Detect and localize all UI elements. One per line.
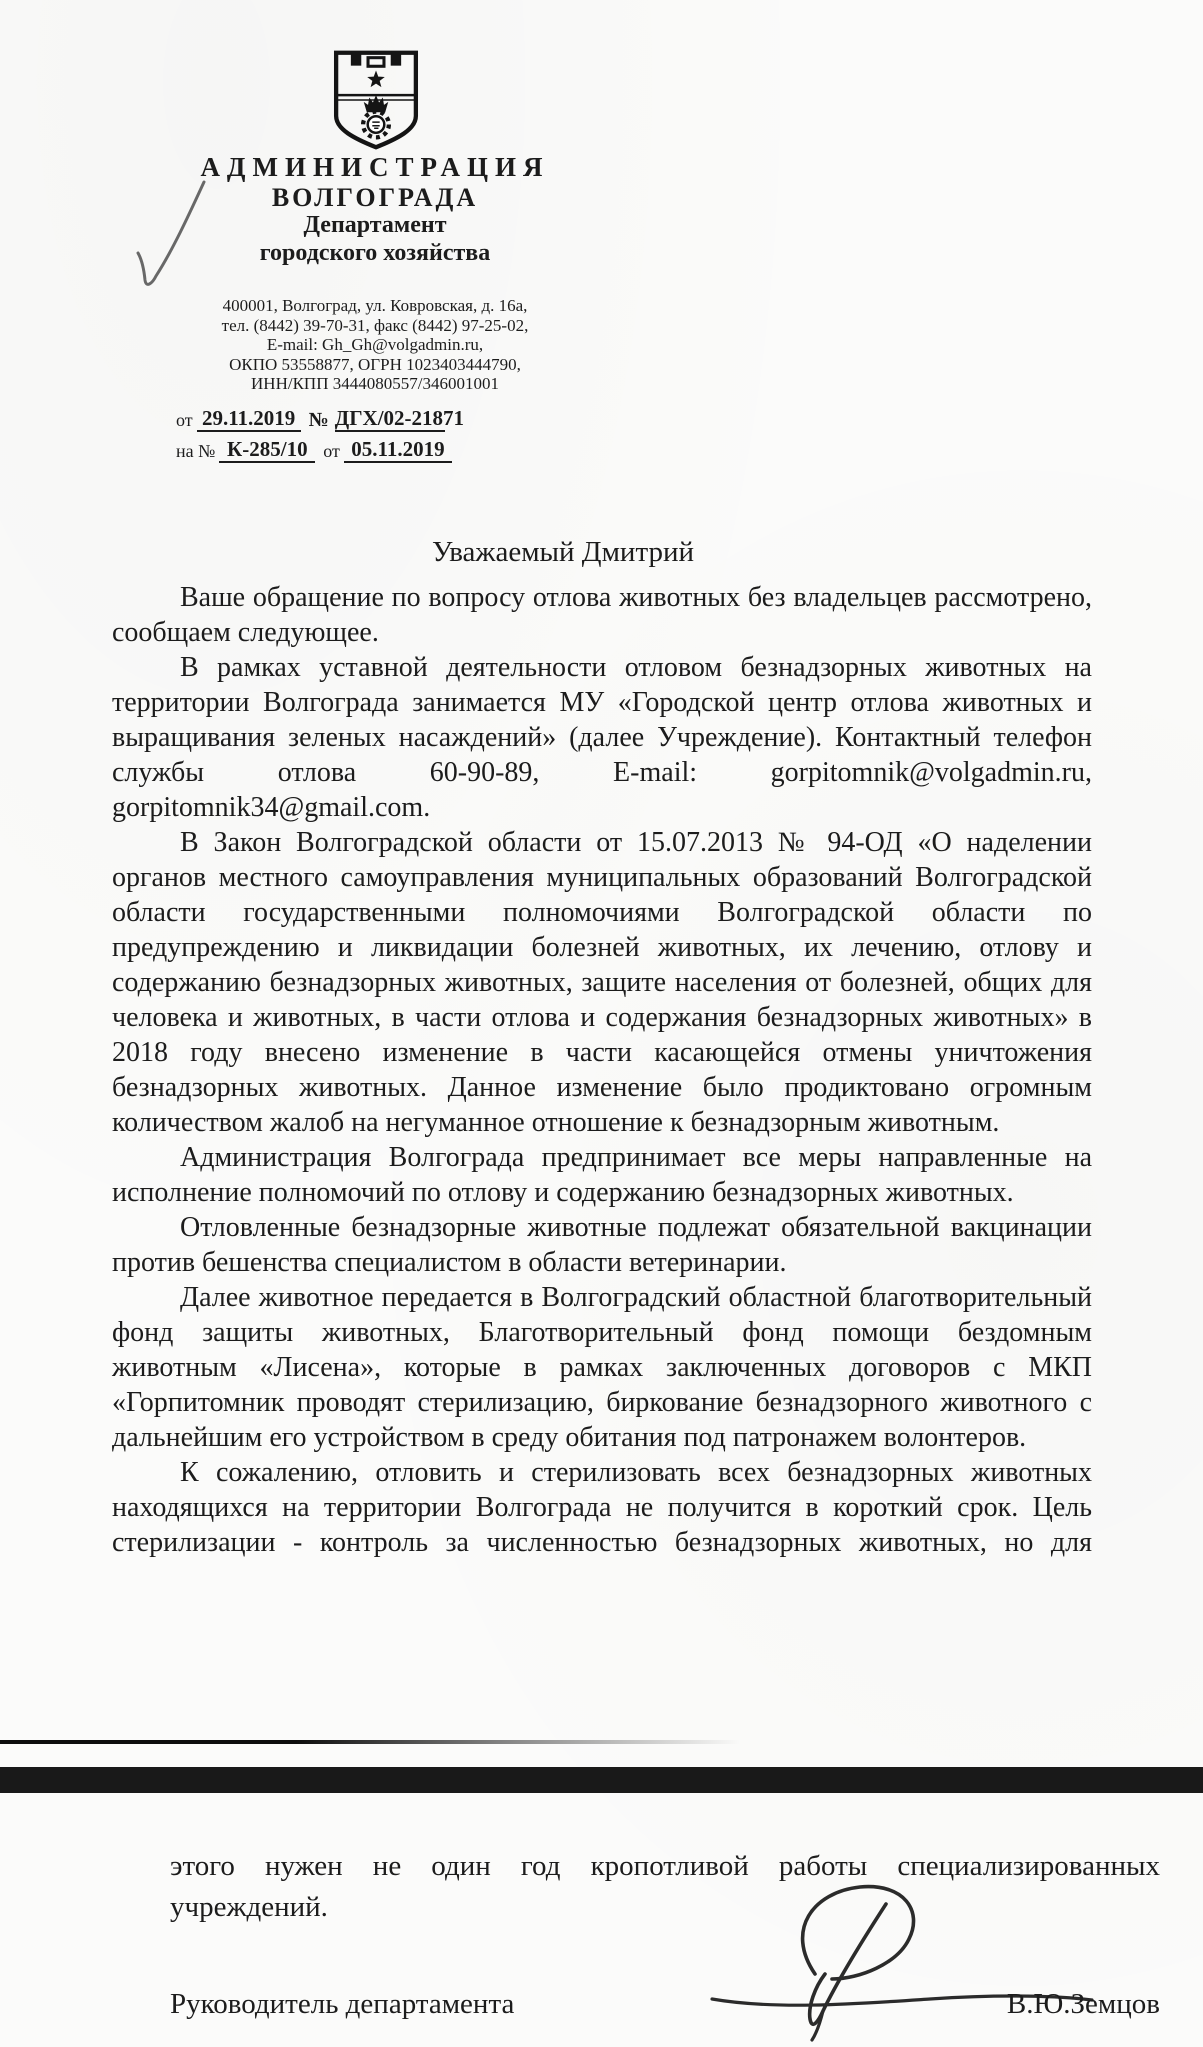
body-paragraph: Администрация Волгограда предпринимает в… (112, 1140, 1092, 1210)
letterhead-org-block: АДМИНИСТРАЦИЯ ВОЛГОГРАДА Департамент гор… (128, 152, 622, 267)
ref-outgoing-date: 29.11.2019 (197, 406, 301, 432)
org-name-line1: АДМИНИСТРАЦИЯ (128, 152, 622, 183)
org-dept-line1: Департамент (128, 212, 622, 239)
scan-page-break-bar (0, 1767, 1203, 1793)
reference-outgoing-row: от 29.11.2019 № ДГХ/02-21871 (176, 406, 452, 432)
reference-incoming-row: на № К-285/10 от 05.11.2019 (176, 437, 452, 463)
letter-body: Ваше обращение по вопросу отлова животны… (112, 580, 1092, 1560)
ref-incoming-number: К-285/10 (219, 437, 315, 463)
address-line: ОКПО 53558877, ОГРН 1023403444790, (128, 355, 622, 375)
ref-reply-date-label: от (323, 439, 344, 463)
ref-from-label: от (176, 408, 197, 432)
volgograd-coat-of-arms-icon (330, 48, 422, 152)
ref-incoming-date: 05.11.2019 (344, 437, 452, 463)
scan-page-edge-line (0, 1740, 740, 1744)
org-dept-line2: городского хозяйства (128, 239, 622, 267)
body-paragraph: Далее животное передается в Волгоградски… (112, 1280, 1092, 1455)
body-paragraph: В Закон Волгоградской области от 15.07.2… (112, 825, 1092, 1140)
letterhead-address-block: 400001, Волгоград, ул. Ковровская, д. 16… (128, 296, 622, 394)
salutation: Уважаемый Дмитрий (112, 536, 1014, 569)
org-name-line2: ВОЛГОГРАДА (128, 183, 622, 212)
ref-number-sign: № (309, 408, 333, 432)
body-paragraph: Ваше обращение по вопросу отлова животны… (112, 580, 1092, 650)
address-line: E-mail: Gh_Gh@volgadmin.ru, (128, 335, 622, 355)
scanned-letter-page: АДМИНИСТРАЦИЯ ВОЛГОГРАДА Департамент гор… (0, 0, 1203, 2047)
body-paragraph: Отловленные безнадзорные животные подлеж… (112, 1210, 1092, 1280)
signatory-position-title: Руководитель департамента (170, 1988, 514, 2021)
body-paragraph: В рамках уставной деятельности отловом б… (112, 650, 1092, 825)
address-line: ИНН/КПП 3444080557/346001001 (128, 374, 622, 394)
ref-outgoing-number: ДГХ/02-21871 (335, 406, 445, 432)
ref-reply-label: на № (176, 439, 219, 463)
body-paragraph: К сожалению, отловить и стерилизовать вс… (112, 1455, 1092, 1560)
reference-block: от 29.11.2019 № ДГХ/02-21871 на № К-285/… (176, 406, 452, 468)
address-line: 400001, Волгоград, ул. Ковровская, д. 16… (128, 296, 622, 316)
address-line: тел. (8442) 39-70-31, факс (8442) 97-25-… (128, 316, 622, 336)
signatory-name: В.Ю.Земцов (1007, 1988, 1160, 2021)
